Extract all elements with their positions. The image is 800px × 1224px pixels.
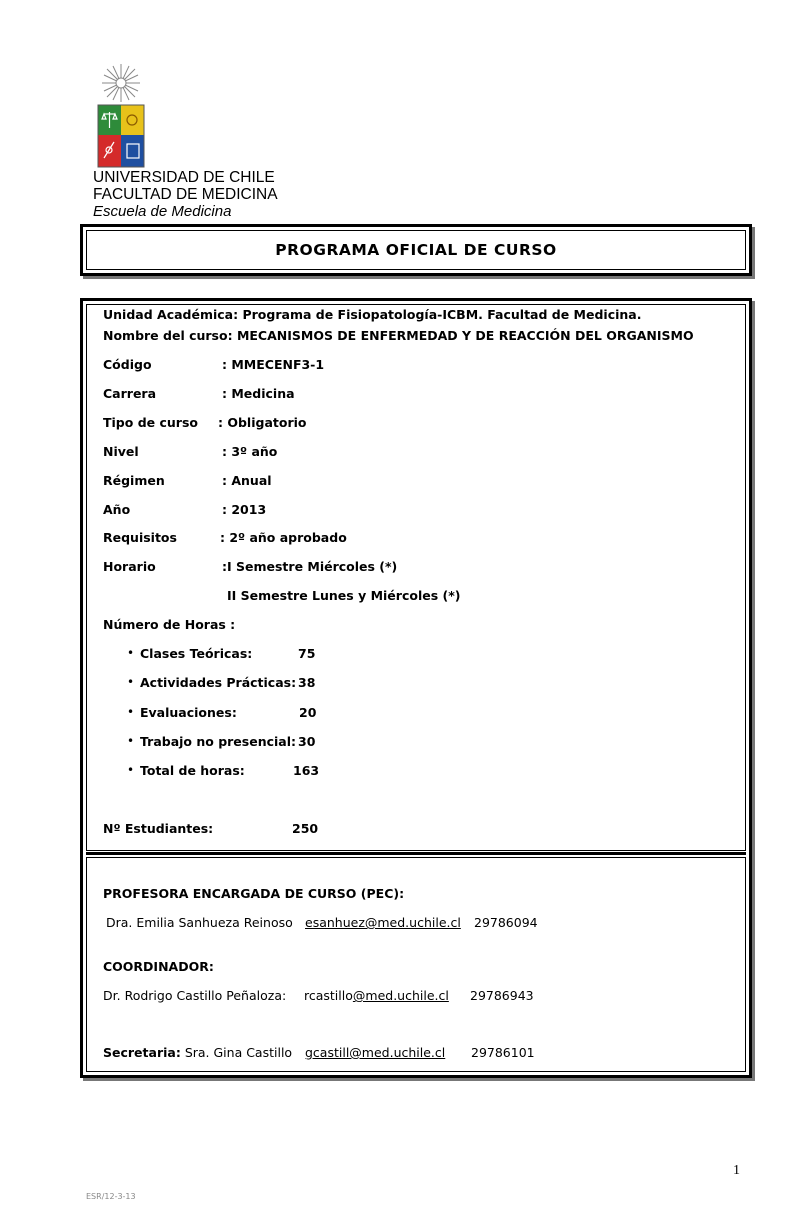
pec-email-link[interactable]: esanhuez@med.uchile.cl	[305, 915, 461, 931]
hours-label: Trabajo no presencial:	[140, 734, 296, 750]
unidad-academica: Unidad Académica: Programa de Fisiopatol…	[103, 307, 641, 323]
field-value: : 2013	[222, 502, 266, 518]
hours-label: Total de horas:	[140, 763, 245, 779]
hours-value: 75	[298, 646, 315, 662]
bullet-icon: •	[127, 705, 134, 719]
field-label: Requisitos	[103, 530, 177, 546]
hours-label: Evaluaciones:	[140, 705, 237, 721]
hours-label: Clases Teóricas:	[140, 646, 252, 662]
field-value: : MMECENF3-1	[222, 357, 324, 373]
pec-name: Dra. Emilia Sanhueza Reinoso	[106, 915, 293, 931]
nombre-label: Nombre del curso:	[103, 328, 233, 343]
bullet-icon: •	[127, 763, 134, 777]
pec-heading: PROFESORA ENCARGADA DE CURSO (PEC):	[103, 886, 404, 902]
coordinator-heading: COORDINADOR:	[103, 959, 214, 975]
university-crest-logo	[96, 62, 146, 168]
bullet-icon: •	[127, 646, 134, 660]
horario-line-2: II Semestre Lunes y Miércoles (*)	[227, 588, 460, 604]
university-name: UNIVERSIDAD DE CHILE	[93, 169, 278, 186]
field-value: : Obligatorio	[218, 415, 306, 431]
document-title: PROGRAMA OFICIAL DE CURSO	[86, 230, 746, 270]
unidad-value: Programa de Fisiopatología-ICBM. Faculta…	[242, 307, 641, 322]
field-label: Régimen	[103, 473, 165, 489]
document-code: ESR/12-3-13	[86, 1192, 136, 1201]
coordinator-phone: 29786943	[470, 988, 534, 1004]
hours-value: 20	[299, 705, 316, 721]
field-value: : Anual	[222, 473, 272, 489]
field-value: : Medicina	[222, 386, 295, 402]
nombre-curso: Nombre del curso: MECANISMOS DE ENFERMED…	[103, 328, 694, 344]
unidad-label: Unidad Académica:	[103, 307, 238, 322]
field-label: Nivel	[103, 444, 139, 460]
secretary-name: Sra. Gina Castillo	[185, 1045, 292, 1060]
bullet-icon: •	[127, 734, 134, 748]
faculty-name: FACULTAD DE MEDICINA	[93, 186, 278, 203]
estudiantes-value: 250	[292, 821, 318, 837]
field-label: Año	[103, 502, 130, 518]
field-label: Carrera	[103, 386, 156, 402]
nombre-value: MECANISMOS DE ENFERMEDAD Y DE REACCIÓN D…	[237, 328, 694, 343]
coordinator-email-link[interactable]: rcastillo@med.uchile.cl	[304, 988, 449, 1004]
secretary-phone: 29786101	[471, 1045, 535, 1061]
horas-label: Número de Horas :	[103, 617, 235, 633]
field-label: Tipo de curso	[103, 415, 198, 431]
hours-value: 38	[298, 675, 315, 691]
institution-header: UNIVERSIDAD DE CHILE FACULTAD DE MEDICIN…	[93, 169, 278, 220]
estudiantes-label: Nº Estudiantes:	[103, 821, 213, 837]
field-value: : 3º año	[222, 444, 277, 460]
secretary-email-link[interactable]: gcastill@med.uchile.cl	[305, 1045, 445, 1061]
secretary-line: Secretaria: Sra. Gina Castillo	[103, 1045, 292, 1061]
field-value: : 2º año aprobado	[220, 530, 347, 546]
page-number: 1	[733, 1163, 740, 1179]
hours-value: 30	[298, 734, 315, 750]
coordinator-email-domain: @med.uchile.cl	[353, 988, 449, 1003]
field-label: Horario	[103, 559, 156, 575]
field-value: :I Semestre Miércoles (*)	[222, 559, 397, 575]
title-box: PROGRAMA OFICIAL DE CURSO	[80, 224, 752, 276]
field-label: Código	[103, 357, 152, 373]
hours-label: Actividades Prácticas:	[140, 675, 296, 691]
hours-value: 163	[293, 763, 319, 779]
secretary-label: Secretaria:	[103, 1045, 181, 1060]
bullet-icon: •	[127, 675, 134, 689]
school-name: Escuela de Medicina	[93, 203, 278, 220]
coordinator-name: Dr. Rodrigo Castillo Peñaloza:	[103, 988, 286, 1004]
section-divider	[86, 852, 746, 855]
coordinator-email-prefix: rcastillo	[304, 988, 353, 1003]
pec-phone: 29786094	[474, 915, 538, 931]
